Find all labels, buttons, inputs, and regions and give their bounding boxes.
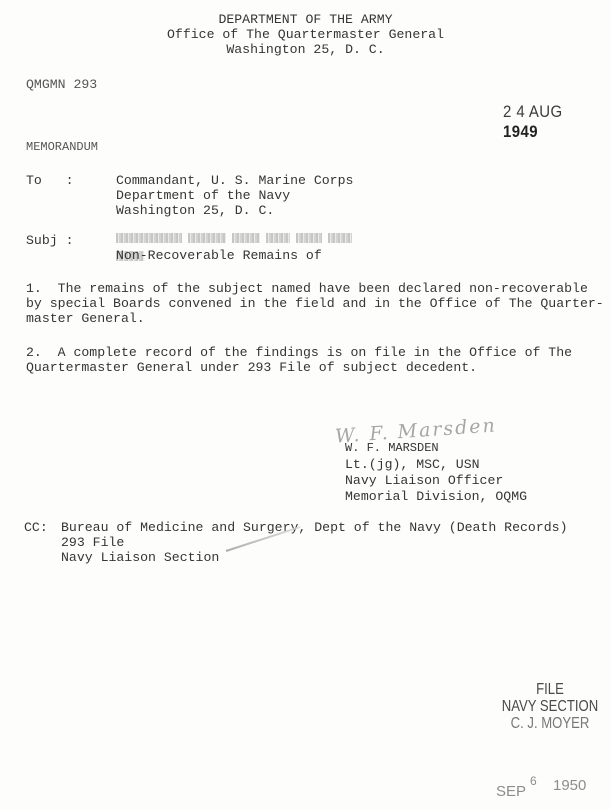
file-stamp-line-1: FILE: [484, 681, 611, 698]
paragraph-1-line-2: by special Boards convened in the field …: [26, 296, 604, 311]
paragraph-2-line-2: Quartermaster General under 293 File of …: [26, 360, 477, 375]
letterhead-office: Office of The Quartermaster General: [0, 27, 611, 42]
subject-label: Subj :: [26, 233, 73, 248]
paragraph-2-line-1: 2. A complete record of the findings is …: [26, 345, 572, 360]
signer-name: W. F. MARSDEN: [345, 441, 439, 456]
cc-line-3: Navy Liaison Section: [61, 550, 219, 565]
date-year: 1949: [503, 122, 538, 141]
cc-line-1: Bureau of Medicine and Surgery, Dept of …: [61, 520, 567, 535]
paragraph-1-line-3: master General.: [26, 311, 145, 326]
received-stamp-year: 1950: [553, 777, 586, 794]
signer-title: Navy Liaison Officer: [345, 473, 503, 488]
received-stamp-day: 6: [530, 774, 537, 788]
subject-line-2: Non-Recoverable Remains of: [116, 248, 322, 263]
to-line-1: Commandant, U. S. Marine Corps: [116, 173, 353, 188]
cc-line-2: 293 File: [61, 535, 124, 550]
file-stamp: FILE NAVY SECTION C. J. MOYER: [484, 681, 611, 732]
date-day-month: 2 4 AUG: [503, 102, 563, 121]
file-stamp-line-3: C. J. MOYER: [484, 715, 611, 732]
letterhead-address: Washington 25, D. C.: [0, 42, 611, 57]
received-stamp-month: SEP: [496, 783, 526, 800]
reference-number: QMGMN 293: [26, 77, 97, 92]
signer-rank: Lt.(jg), MSC, USN: [345, 457, 480, 472]
document-type: MEMORANDUM: [26, 140, 98, 155]
memorandum-page: DEPARTMENT OF THE ARMY Office of The Qua…: [0, 0, 611, 810]
paragraph-1-line-1: 1. The remains of the subject named have…: [26, 281, 588, 296]
to-line-3: Washington 25, D. C.: [116, 203, 274, 218]
subject-redacted-name: [116, 230, 358, 243]
to-line-2: Department of the Navy: [116, 188, 290, 203]
file-stamp-line-2: NAVY SECTION: [484, 698, 611, 715]
letterhead-department: DEPARTMENT OF THE ARMY: [0, 12, 611, 27]
to-label: To :: [26, 173, 73, 188]
cc-label: CC:: [24, 520, 48, 535]
signer-division: Memorial Division, OQMG: [345, 489, 527, 504]
date-stamp: 2 4 AUG 1949: [503, 102, 598, 142]
